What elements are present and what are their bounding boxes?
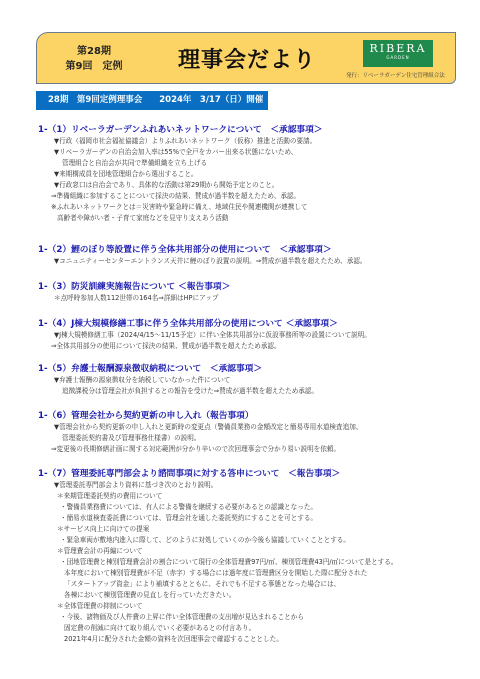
publisher-text: 発行：リベーラガーデン住宅管理組合法 (346, 71, 445, 79)
text-line: ▼管理委託専門部会より資料に基づき次のとおり説明。 (38, 480, 468, 491)
issue-label: 第28期 第9回 定例 (64, 44, 124, 74)
text-line: 2021年4月に配分された金額の資料を次回理事会で確認することとした。 (38, 634, 468, 645)
section-title: 1-（7）管理委託専門部会より諮問事項に対する答申について ＜報告事項＞ (38, 468, 468, 480)
meeting-bar: 28期 第9回定例理事会 2024年 3/17（日）開催 (36, 91, 268, 110)
issue-session: 第9回 定例 (64, 59, 124, 74)
section-title: 1-（2）鯉のぼり等設置に伴う全体共用部分の使用について ＜承認事項＞ (38, 244, 468, 256)
text-line: ▼行政窓口は自治会であり、具体的な活動は第29期から開始予定とのこと。 (38, 180, 468, 191)
text-line: 高齢者や障がい者・子育て家庭などを見守り支えあう活動 (38, 213, 468, 224)
text-line: 本年度において棟別管理費が不足（赤字）する場合には過年度に管理費区分を開始した際… (38, 568, 468, 579)
text-line: ＊管理費会計の再編について (38, 546, 468, 557)
text-line: ・警備員業務費については、有人による警備を継続する必要があるとの認識となった。 (38, 502, 468, 513)
text-line: ▼来期構成員を団地管理組合から選出すること。 (38, 169, 468, 180)
text-line: ＊点呼時参加人数112世帯の164名⇒詳細はHPにアップ (38, 293, 468, 304)
section-title: 1-（1）リベーラガーデンふれあいネットワークについて ＜承認事項＞ (38, 124, 468, 136)
text-line: ・今後、諸物価及び人件費の上昇に伴い全体管理費の支出増が見込まれることから (38, 612, 468, 623)
section-title: 1-（6）管理会社から契約更新の申し入れ（報告事項） (38, 410, 468, 422)
text-line: ▼リベーラガーデンの自治会加入率は55%で全戸をカバー出来る状態にないため、 (38, 147, 468, 158)
section-1-7: 1-（7）管理委託専門部会より諮問事項に対する答申について ＜報告事項＞ ▼管理… (38, 468, 468, 645)
issue-period: 第28期 (64, 44, 124, 59)
text-line: 管理委託契約書及び管理事務仕様書）の説明。 (38, 433, 468, 444)
text-line: 「スタートアップ資金」により補填するとともに、それでも不足する事態となった場合に… (38, 579, 468, 590)
ribera-logo: RIBERA GARDEN (363, 40, 433, 67)
section-1-5: 1-（5）弁護士報酬源泉徴収納税について ＜承認事項＞ ▼弁護士報酬の源泉徴収分… (38, 363, 468, 397)
text-line: 追徴課税分は管理会社が負担するとの報告を受けた⇒賛成が過半数を超えたため承認。 (38, 386, 468, 397)
text-line: 各棟において棟別管理費の見直しを行っていただきたい。 (38, 590, 468, 601)
text-line: ▼弁護士報酬の源泉徴収分を納税していなかった件について (38, 375, 468, 386)
page-title: 理事会だより (178, 43, 316, 74)
section-1-4: 1-（4）J棟大規模修繕工事に伴う全体共用部分の使用について ＜承認事項＞ ▼J… (38, 318, 468, 352)
text-line: ・緊急車両が敷地内進入に際して、どのように対処していくのか今後も協議していくこと… (38, 535, 468, 546)
text-line: ▼コニュニティーセンターエントランス天井に鯉のぼり設置の説明。⇒賛成が過半数を超… (38, 256, 468, 267)
text-line: ⇒全体共用部分の使用について採決の結果、賛成が過半数を超えたため承認。 (38, 341, 468, 352)
text-line: ▼J棟大規模修繕工事（2024/4/15～11/15予定）に伴い全体共用部分に仮… (38, 330, 468, 341)
section-title: 1-（5）弁護士報酬源泉徴収納税について ＜承認事項＞ (38, 363, 468, 375)
text-line: 管理組合と自治会が共同で準備組織を立ち上げる (38, 158, 468, 169)
section-1-2: 1-（2）鯉のぼり等設置に伴う全体共用部分の使用について ＜承認事項＞ ▼コニュ… (38, 244, 468, 267)
logo-sub-text: GARDEN (363, 55, 433, 61)
text-line: ▼管理会社から契約更新の申し入れと更新時の変更点（警備員業務の金額改定と簡易専用… (38, 422, 468, 433)
text-line: ※ふれあいネットワークとは＝災害時や緊急時に備え、地域住民や関連機関が連携して (38, 202, 468, 213)
section-1-1: 1-（1）リベーラガーデンふれあいネットワークについて ＜承認事項＞ ▼行政（福… (38, 124, 468, 224)
text-line: ⇒準備組織に参加することについて採決の結果、賛成が過半数を超えたため、承認。 (38, 191, 468, 202)
text-line: ＊来期管理委託契約の費用について (38, 491, 468, 502)
section-title: 1-（3）防災訓練実施報告について ＜報告事項＞ (38, 281, 468, 293)
logo-main-text: RIBERA (363, 43, 433, 55)
text-line: ＊全体管理費の抑制について (38, 601, 468, 612)
text-line: ▼行政（福岡市社会福祉協議会）よりふれあいネットワーク（仮称）推進と活動の要請。 (38, 136, 468, 147)
section-1-3: 1-（3）防災訓練実施報告について ＜報告事項＞ ＊点呼時参加人数112世帯の1… (38, 281, 468, 304)
text-line: ・団地管理費と棟別管理費会計の割合について現行の全体管理費97円/㎡、棟別管理費… (38, 557, 468, 568)
text-line: ・簡易水道検査委託費については、管理会社を通した委託契約にすることを可とする。 (38, 513, 468, 524)
text-line: ⇒変更後の長期修繕計画に関する対応範囲が分かり辛いので次回理事会で分かり易い説明… (38, 444, 468, 455)
section-1-6: 1-（6）管理会社から契約更新の申し入れ（報告事項） ▼管理会社から契約更新の申… (38, 410, 468, 455)
section-title: 1-（4）J棟大規模修繕工事に伴う全体共用部分の使用について ＜承認事項＞ (38, 318, 468, 330)
text-line: 固定費の削減に向けて取り組んでいく必要があるとの付言あり。 (38, 623, 468, 634)
text-line: ＊サービス向上に向けての提案 (38, 524, 468, 535)
